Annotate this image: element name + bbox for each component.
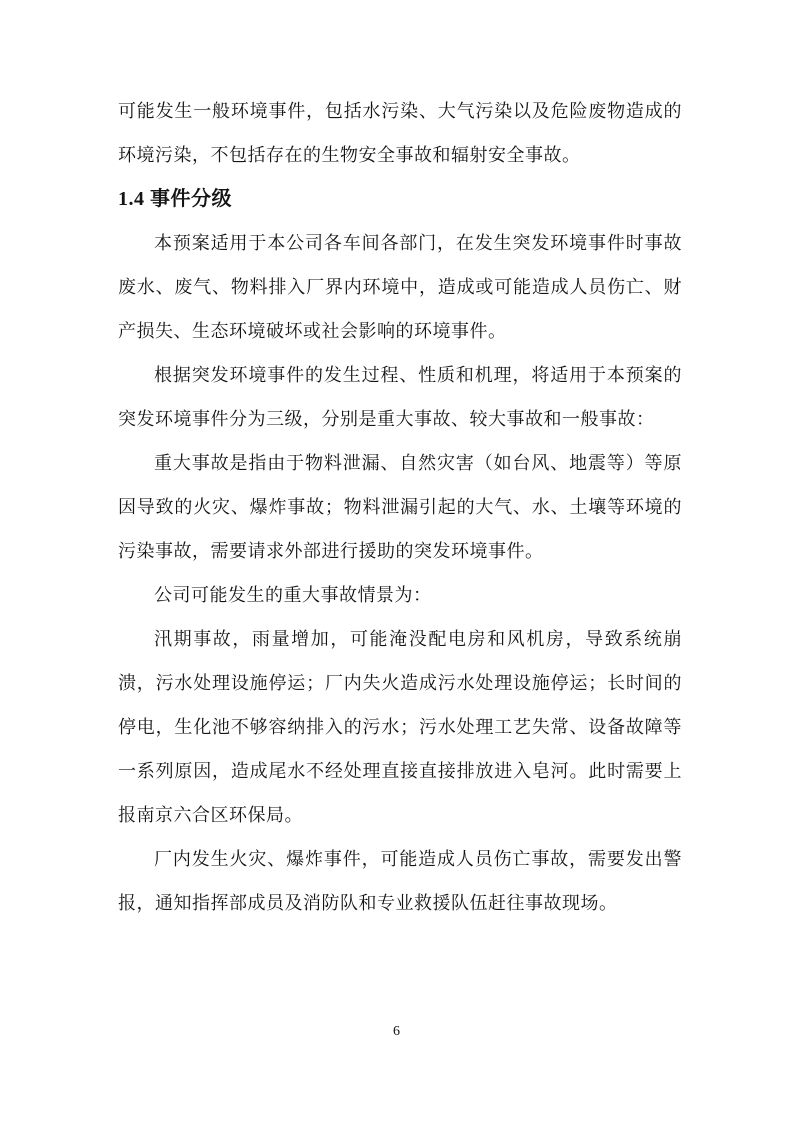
paragraph-fire-scenario: 厂内发生火灾、爆炸事件，可能造成人员伤亡事故，需要发出警报，通知指挥部成员及消防… <box>118 837 682 925</box>
paragraph-flood-scenario: 汛期事故，雨量增加，可能淹没配电房和风机房，导致系统崩溃，污水处理设施停运；厂内… <box>118 617 682 837</box>
paragraph-classification: 根据突发环境事件的发生过程、性质和机理，将适用于本预案的突发环境事件分为三级，分… <box>118 353 682 441</box>
page-number: 6 <box>393 1024 400 1039</box>
paragraph-scenario-intro: 公司可能发生的重大事故情景为： <box>118 573 682 617</box>
paragraph-scope: 本预案适用于本公司各车间各部门，在发生突发环境事件时事故废水、废气、物料排入厂界… <box>118 221 682 353</box>
document-page: 可能发生一般环境事件，包括水污染、大气污染以及危险废物造成的环境污染，不包括存在… <box>0 0 793 1122</box>
document-body: 可能发生一般环境事件，包括水污染、大气污染以及危险废物造成的环境污染，不包括存在… <box>118 89 682 925</box>
section-heading-1-4: 1.4 事件分级 <box>118 177 682 221</box>
paragraph-major-accident: 重大事故是指由于物料泄漏、自然灾害（如台风、地震等）等原因导致的火灾、爆炸事故；… <box>118 441 682 573</box>
paragraph-continuation: 可能发生一般环境事件，包括水污染、大气污染以及危险废物造成的环境污染，不包括存在… <box>118 89 682 177</box>
page-footer: 6 <box>0 1022 793 1042</box>
